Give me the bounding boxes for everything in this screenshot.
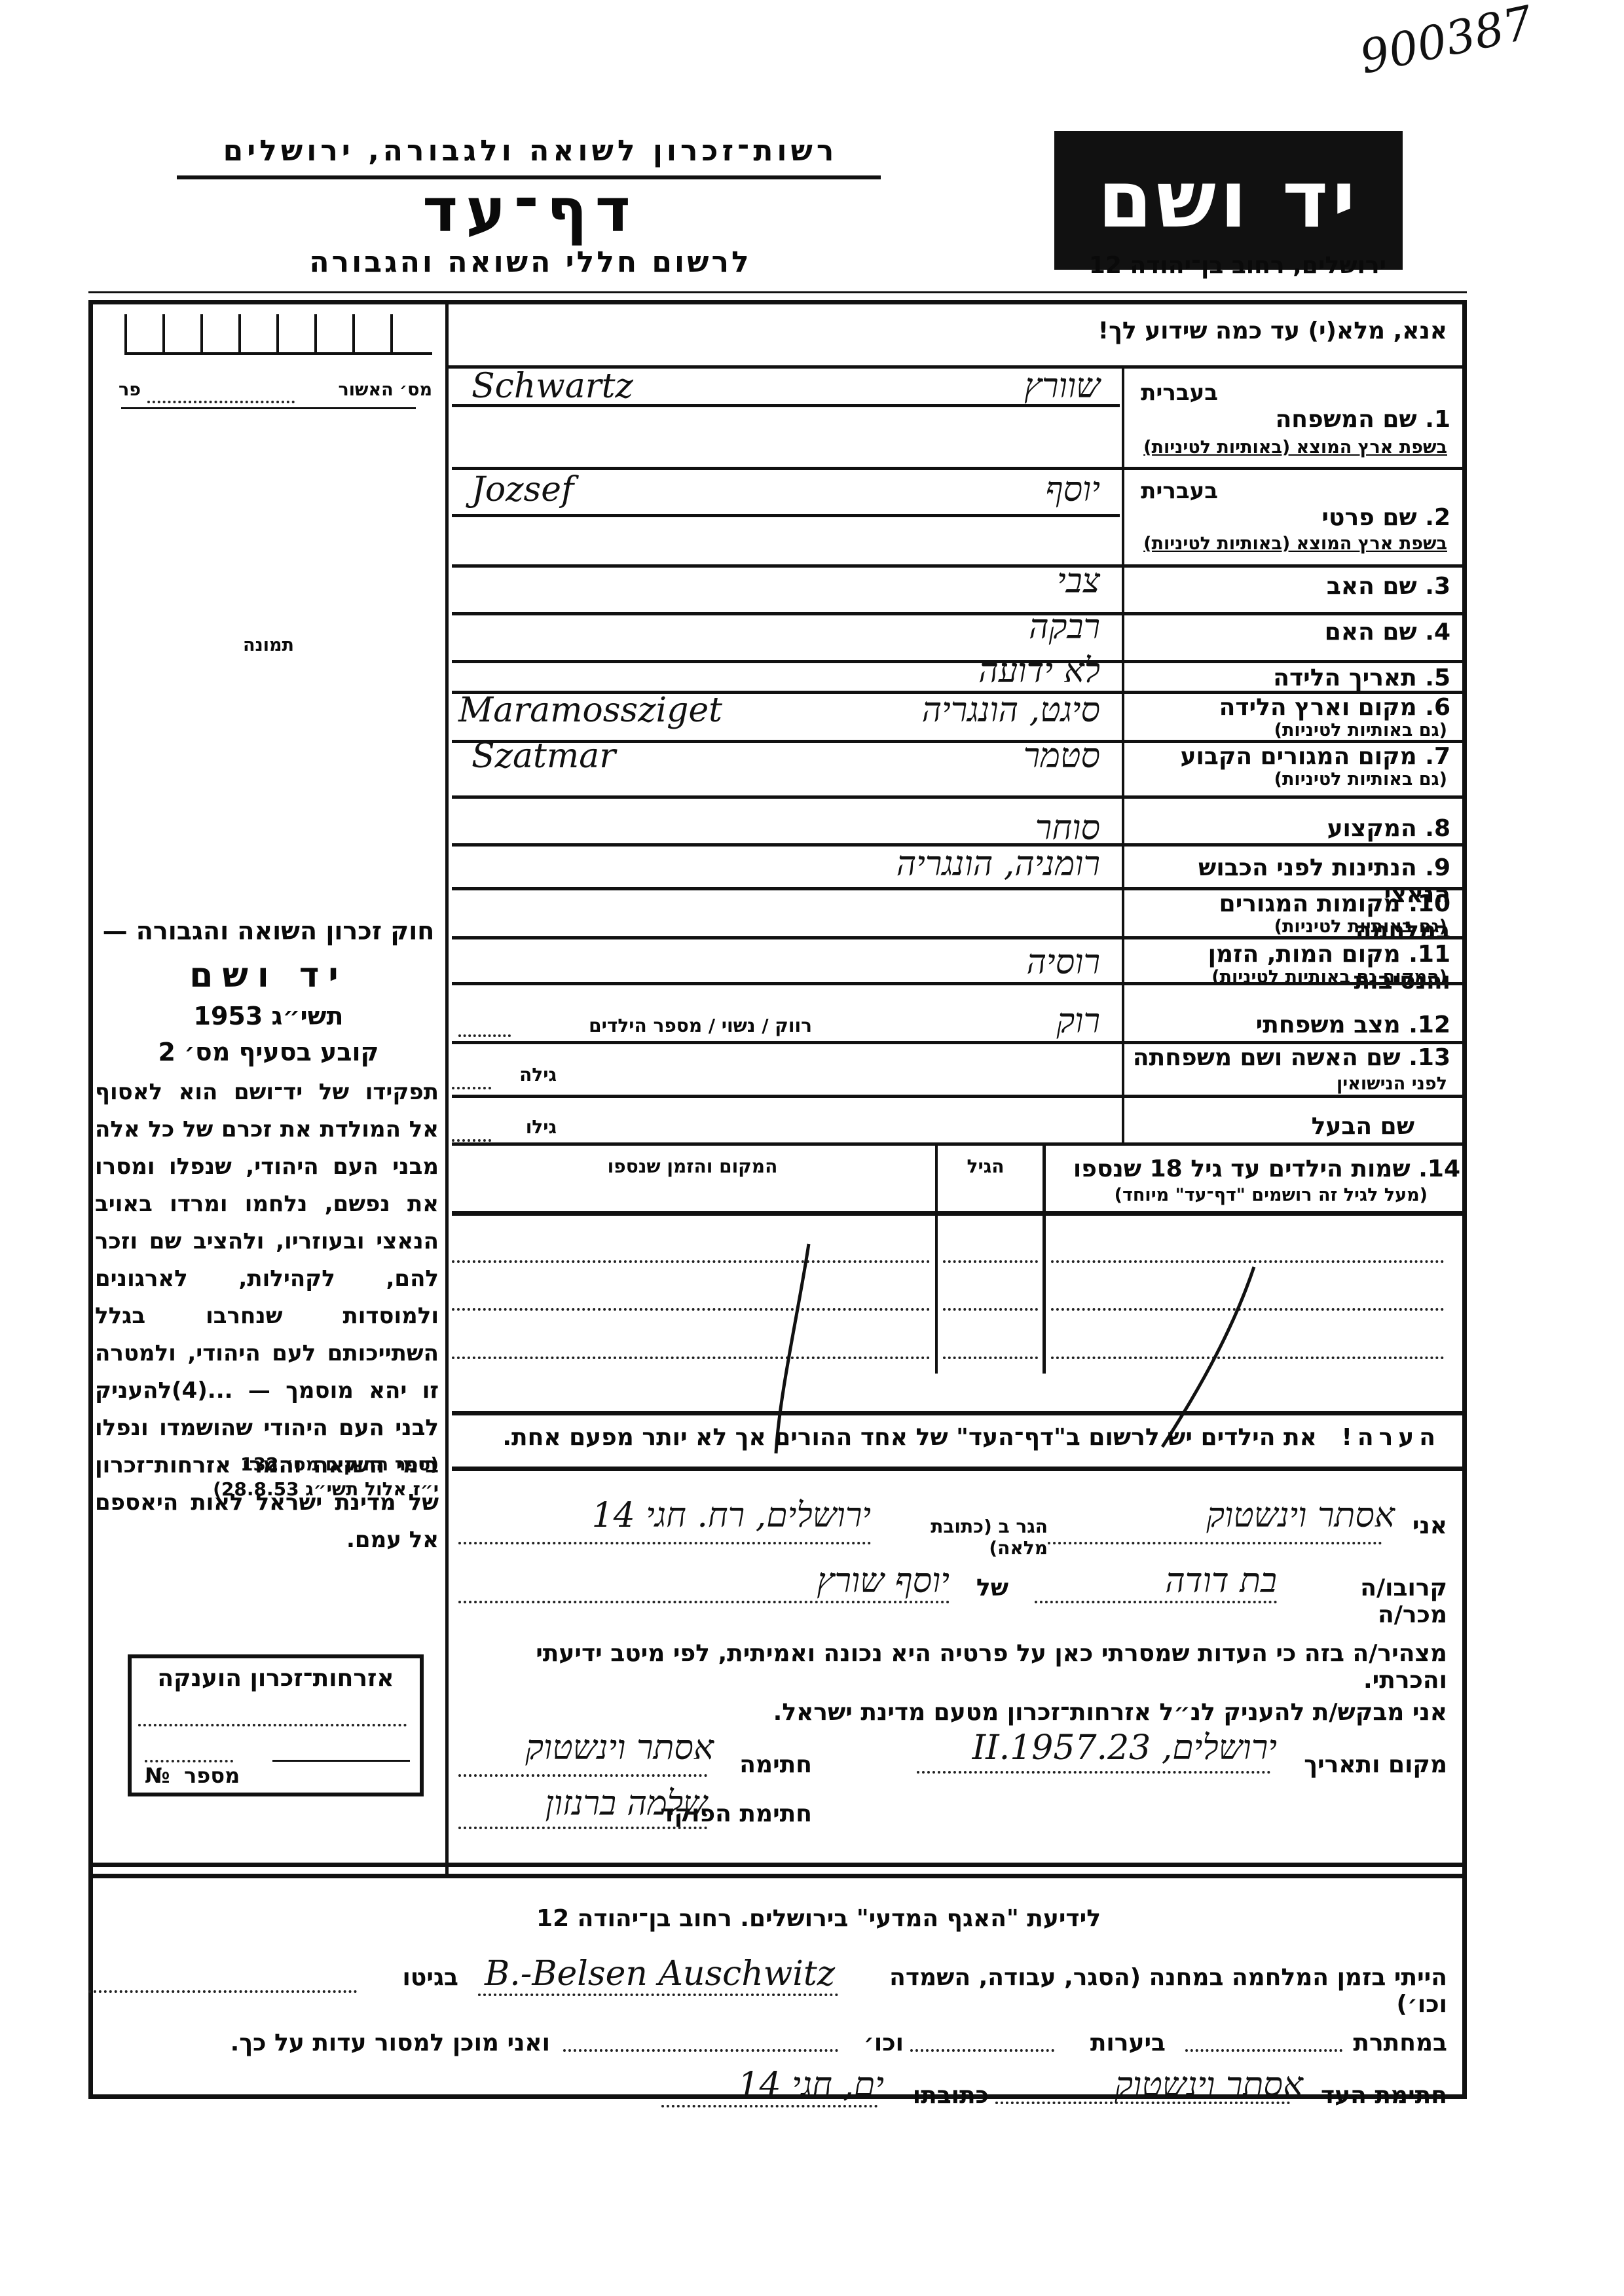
husband-name-input[interactable] [563, 1100, 1113, 1142]
husband-age-field[interactable] [452, 1139, 491, 1142]
witness-address-line [458, 1542, 871, 1544]
place-date-line [917, 1771, 1270, 1774]
residence-latin-input[interactable]: Szatmar [471, 737, 799, 776]
field1-underline [452, 404, 1120, 407]
field13-num: 13. [1409, 1044, 1450, 1071]
field8-num: 8. [1425, 815, 1450, 842]
stamp-number-field[interactable] [145, 1760, 233, 1762]
birth-date-input[interactable]: לא ידועה [851, 651, 1100, 691]
declaration-statement: מצהיר/ה בזה כי העדות שמסרתי כאן על פרטיה… [458, 1640, 1447, 1694]
partisans-label: ביערות [1061, 2030, 1166, 2056]
field1-sub: בשפת ארץ המוצא (באותיות לטיניות) [1126, 437, 1447, 458]
field7-num: 7. [1425, 743, 1450, 770]
section-divider-1 [92, 1863, 1464, 1867]
relation-input[interactable]: בת דודה [1048, 1561, 1277, 1601]
header-address: ירושלים, רחוב בן־יהודה 12 [1074, 252, 1401, 279]
children-col-age: הגיל [936, 1156, 1035, 1177]
field1-label-text: שם המשפחה [1276, 406, 1417, 433]
etc-field[interactable] [563, 2049, 838, 2052]
witness-name-input[interactable]: אסתר וינשטוק [1080, 1496, 1395, 1535]
form-title: דף־עד [177, 175, 884, 246]
field4-label: 4. שם האם [1133, 619, 1450, 646]
signature-line [458, 1774, 707, 1777]
victim-name-input[interactable]: יוסף שורץ [458, 1561, 950, 1601]
field13-label: 13. שם האשה ושם משפחתה [1126, 1044, 1450, 1071]
field6-label-text: מקום וארץ הלידה [1219, 694, 1417, 721]
field10-num: 10. [1409, 890, 1450, 917]
field7-label-text: מקום המגורים הקבוע [1181, 743, 1417, 770]
children-table-label: 14. שמות הילדים עד גיל 18 שנספו [1048, 1156, 1460, 1182]
camp-line [478, 1994, 838, 1996]
info-section-title: לידיעת "האגף המדעי" בירושלים. רחוב בן־יה… [458, 1905, 1179, 1932]
witness-signature-label: חתימת העד [1310, 2082, 1447, 2109]
camp-label: הייתי בזמן המלחמה במחנה (הסגר, עבודה, הש… [838, 1964, 1447, 2018]
father-name-input[interactable]: צבי [851, 562, 1100, 601]
camp-input[interactable]: B.-Belsen Auschwitz [485, 1954, 851, 1994]
field7-label: 7. מקום המגורים הקבוע [1133, 743, 1450, 770]
stamp-line[interactable] [138, 1724, 407, 1726]
law-title: חוק זכרון השואה והגבורה — [98, 917, 439, 945]
stamp-no-symbol: № [145, 1763, 170, 1788]
field5-label: 5. תאריך הלידה [1133, 665, 1450, 691]
organization-name: רשות־זכרון לשואה ולגבורה, ירושלים [177, 134, 884, 168]
field3-label: 3. שם האב [1133, 573, 1450, 600]
wife-age-label: גילה [498, 1064, 557, 1085]
field11-num: 11. [1409, 941, 1450, 968]
children-num: 14. [1418, 1156, 1460, 1182]
mother-name-input[interactable]: רבקה [851, 608, 1100, 647]
witness-name-line [1048, 1542, 1382, 1544]
field1-lang-tag: בעברית [1126, 380, 1218, 406]
husband-label: שם הבעל [1126, 1113, 1414, 1140]
note-label: הערה! [1341, 1424, 1441, 1451]
law-section: קובע בסעיף מס׳ 2 [98, 1038, 439, 1066]
field5-num: 5. [1425, 665, 1450, 691]
field3-label-text: שם האב [1327, 573, 1417, 600]
children-col-place-time: המקום והזמן שנספו [452, 1156, 933, 1177]
relative-label: קרובו/ה מכר/ה [1283, 1575, 1447, 1628]
field13-rule [452, 1095, 1464, 1098]
yad-vashem-logo: יד ושם [1054, 131, 1403, 270]
relation-line [1035, 1601, 1277, 1603]
field2-sub: בשפת ארץ המוצא (באותיות לטיניות) [1126, 534, 1447, 554]
children-count-field[interactable] [458, 1034, 511, 1037]
field2-label: 2. שם פרטי [1133, 504, 1450, 531]
field2-underline [452, 514, 1120, 517]
signature-label: חתימה [720, 1751, 812, 1778]
field13-sub: לפני הנישואין [1126, 1074, 1447, 1094]
field8-label-text: המקצוע [1327, 815, 1417, 842]
place-date-label: מקום ותאריך [1283, 1751, 1447, 1778]
field13-label-text: שם האשה ושם משפחתה [1133, 1044, 1401, 1071]
surname-latin-input[interactable]: Schwartz [471, 367, 799, 406]
field12-label: 12. מצב משפחתי [1126, 1011, 1450, 1038]
victim-name-line [458, 1601, 950, 1603]
field1-num: 1. [1425, 406, 1450, 433]
officer-signature[interactable]: שלמה ברנזון [445, 1784, 707, 1823]
birth-place-hebrew-input[interactable]: סיגט, הונגריה [805, 691, 1100, 730]
given-name-hebrew-input[interactable]: יוסף [851, 470, 1100, 509]
field8-label: 8. המקצוע [1133, 815, 1450, 842]
given-name-latin-input[interactable]: Jozsef [471, 470, 799, 509]
info-witness-address[interactable]: ים, חגי 14 [668, 2066, 884, 2105]
law-year: תשי״ג 1953 [98, 1002, 439, 1030]
decl-i-label: אני [1401, 1512, 1447, 1539]
instruction: אנא, מלא(י) עד כמה שידוע לך! [458, 318, 1447, 344]
wife-name-input[interactable] [563, 1048, 1113, 1093]
ready-to-testify: ואני מוכן למסור עדות על כך. [92, 2030, 550, 2056]
field6-label: 6. מקום וארץ הלידה [1133, 694, 1450, 721]
approval-suffix: פר [115, 380, 141, 400]
citizenship-request: אני מבקש/ת להעניק לנ״ל אזרחות־זכרון מטעם… [458, 1699, 1447, 1726]
note-rule [452, 1467, 1464, 1471]
field2-num: 2. [1425, 504, 1450, 531]
header-rule [88, 291, 1467, 293]
etc-label: וכו׳ [845, 2030, 904, 2056]
note-text: את הילדים יש לרשום ב"דף־העד" של אחד ההור… [502, 1424, 1317, 1451]
approval-number-boxes [124, 314, 452, 354]
field12-label-text: מצב משפחתי [1256, 1011, 1401, 1038]
underground-field[interactable] [1185, 2049, 1342, 2052]
birth-place-latin-input[interactable]: Maramossziget [458, 691, 799, 730]
field1-label: 1. שם המשפחה [1133, 406, 1450, 433]
field10-sub: (גם באותיות לטיניות) [1126, 917, 1447, 937]
officer-signature-line [458, 1827, 707, 1829]
field2-label-text: שם פרטי [1321, 504, 1416, 531]
of-label: של [963, 1575, 1008, 1601]
field9-num: 9. [1425, 854, 1450, 881]
husband-rule [452, 1142, 1464, 1146]
section-divider-2 [92, 1874, 1464, 1878]
field6-num: 6. [1425, 694, 1450, 721]
place-date-input[interactable]: ירושלים, 23.II.1957 [930, 1728, 1277, 1768]
law-name: יד ושם [98, 956, 439, 995]
stamp-title: אזרחות־זכרון הוענקה [132, 1665, 420, 1692]
marital-status-input[interactable]: רוק [995, 1002, 1100, 1041]
residing-label: הגר ב (כתובת מלאה) [877, 1516, 1048, 1559]
info-witness-address-line [661, 2105, 877, 2107]
law-citation-1: (ספר החוקים מס׳ 132 [98, 1453, 439, 1475]
field7-rule [452, 795, 1464, 799]
photo-area[interactable] [98, 412, 442, 910]
field2-lang-tag: בעברית [1126, 478, 1218, 504]
field3-num: 3. [1425, 573, 1450, 600]
children-header-rule [452, 1211, 1464, 1216]
archive-number: 900387 [1355, 0, 1537, 84]
children-label-text: שמות הילדים עד גיל 18 שנספו [1073, 1156, 1411, 1182]
field4-label-text: שם האם [1325, 619, 1417, 646]
field11-rule [452, 982, 1464, 985]
field12-num: 12. [1409, 1011, 1450, 1038]
witness-address-input[interactable]: ירושלים, רח. חגי 14 [458, 1496, 871, 1535]
info-witness-signature[interactable]: אסתר וינשטוק [1002, 2066, 1303, 2105]
ghetto-field[interactable] [88, 1990, 357, 1993]
memorial-citizenship-stamp: אזרחות־זכרון הוענקה № מספר [128, 1654, 424, 1796]
death-place-input[interactable]: רוסיה [851, 943, 1100, 982]
partisans-field[interactable] [910, 2049, 1054, 2052]
underground-label: במחתרת [1349, 2030, 1447, 2056]
marital-options: רווק / נשוי / מספר הילדים [511, 1015, 812, 1036]
label-column-divider [1122, 367, 1124, 1142]
witness-signature[interactable]: אסתר וינשטוק [458, 1728, 714, 1768]
approval-number-field[interactable] [147, 401, 295, 403]
address-label: כתובתו [891, 2082, 989, 2109]
law-citation-2: י״ז אלול תשי״ג 28.8.53) [98, 1478, 439, 1500]
wife-age-field[interactable] [452, 1087, 491, 1089]
stamp-number-label: מספר [184, 1763, 240, 1788]
field5-label-text: תאריך הלידה [1273, 665, 1416, 691]
children-table-sub: (מעל לגיל זה רושמים "דף־עד" מיוחד) [1048, 1185, 1428, 1205]
approval-rule [121, 407, 416, 409]
info-witness-signature-line [995, 2102, 1290, 2104]
nationality-input[interactable]: רומניה, הונגריה [720, 845, 1100, 884]
residence-hebrew-input[interactable]: סטמר [851, 737, 1100, 776]
field10-rule [452, 936, 1464, 939]
children-table-bottom [452, 1411, 1464, 1415]
husband-age-label: גילו [498, 1116, 557, 1138]
note: הערה! את הילדים יש לרשום ב"דף־העד" של אח… [458, 1424, 1441, 1451]
approval-number-label: מס׳ האשור [301, 380, 432, 400]
ghetto-label: בגיטו [367, 1964, 458, 1991]
surname-hebrew-input[interactable]: שוורץ [851, 367, 1100, 406]
form-subtitle: לרשום חללי השואה והגבורה [177, 246, 884, 279]
field6-sub: (גם באותיות לטיניות) [1126, 720, 1447, 740]
left-panel-divider [445, 302, 449, 1874]
occupation-input[interactable]: סוחר [851, 809, 1100, 848]
field7-sub: (גם באותיות לטיניות) [1126, 769, 1447, 790]
field4-num: 4. [1425, 619, 1450, 646]
